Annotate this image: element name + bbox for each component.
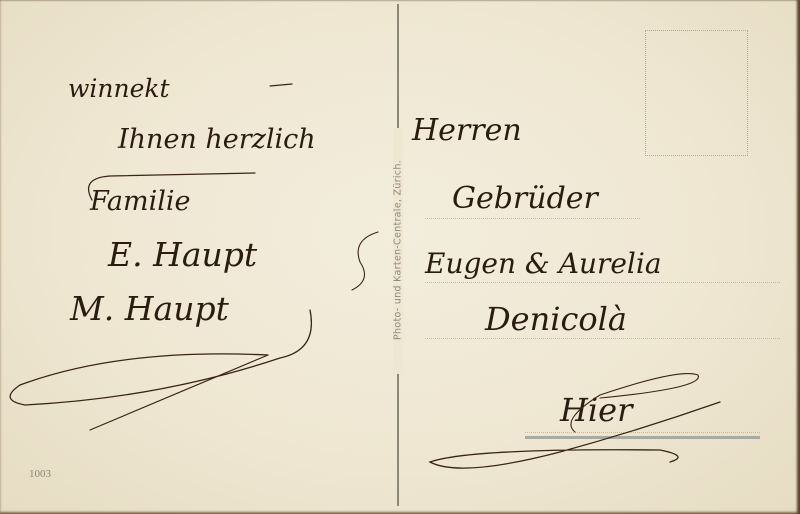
address-line-4 [525,432,760,433]
message-line-5: M. Haupt [70,292,229,325]
publisher-imprint: Photo- und Karten-Centrale, Zürich. [393,160,404,340]
address-line-names: Eugen & Aurelia [425,250,662,278]
address-line-1 [425,218,640,219]
address-line-surname: Denicolà [485,303,627,335]
message-line-2: Ihnen herzlich [118,126,316,153]
address-line-herren: Herren [412,116,522,146]
address-line-gebrueder: Gebrüder [452,184,598,214]
serial-number: 1003 [29,468,51,480]
message-line-3: Familie [90,188,191,215]
message-line-4: E. Haupt [108,238,257,271]
stamp-box [645,30,748,156]
message-line-1: winnekt [68,76,170,101]
address-underline [525,436,760,439]
postcard-back: Photo- und Karten-Centrale, Zürich. 1003… [0,0,800,514]
address-line-3 [425,338,780,339]
address-line-city: Hier [560,394,632,426]
address-line-2 [425,282,780,283]
